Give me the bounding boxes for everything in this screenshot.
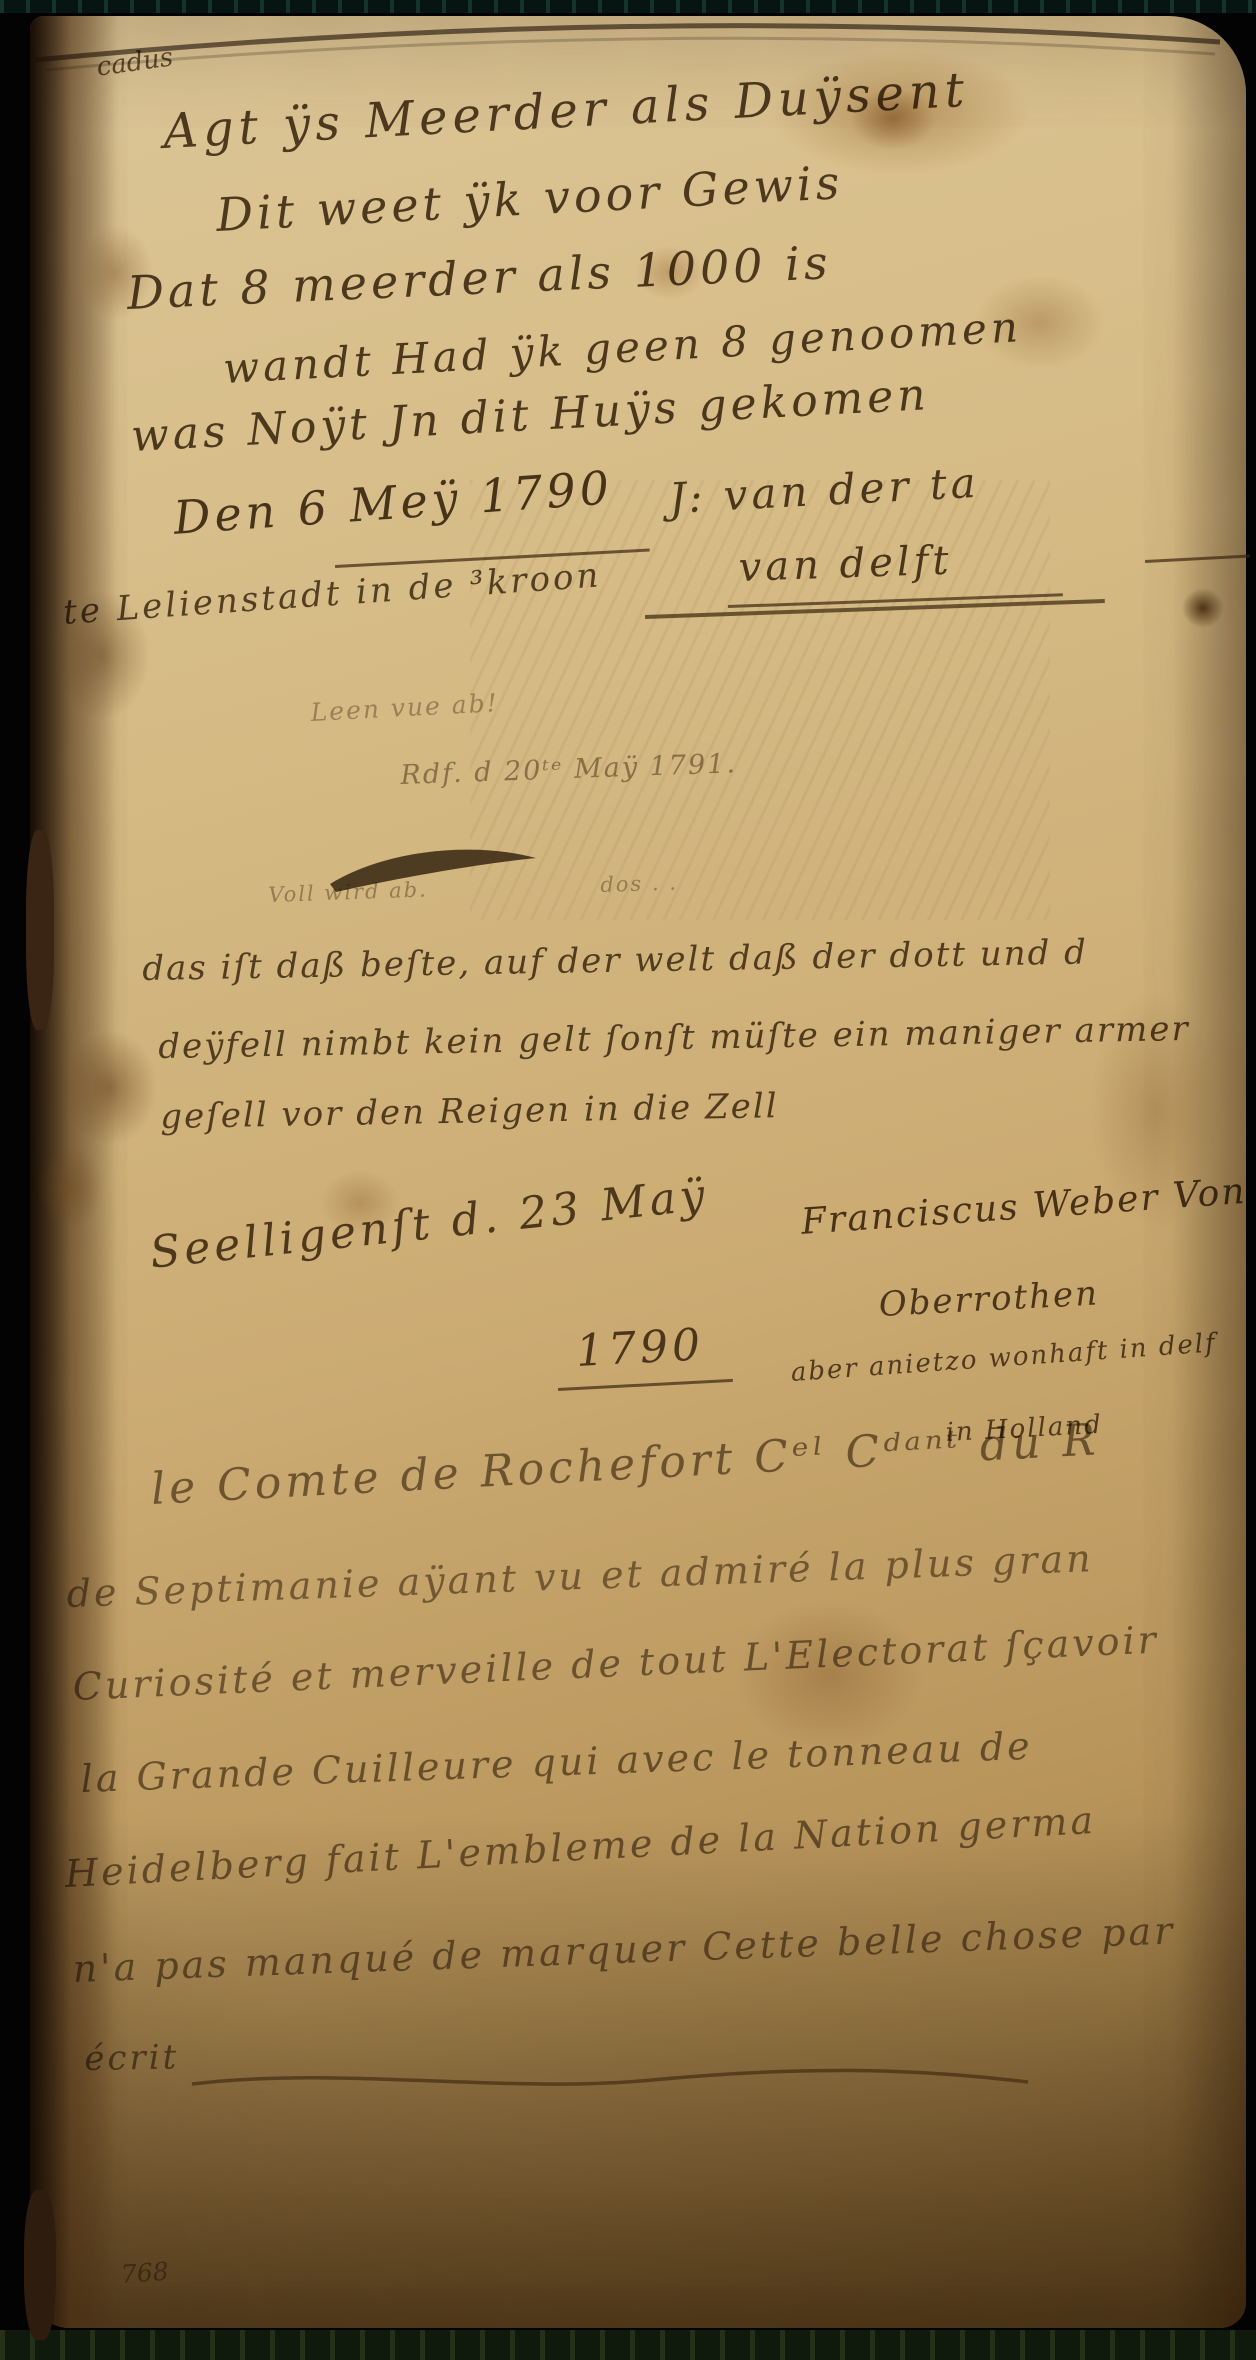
dutch-entry-signature2: van delft: [738, 541, 953, 588]
pencil-note-line: Voll wird ab.: [268, 879, 428, 906]
german-entry-year: 1790: [575, 1323, 705, 1374]
french-line: écrit: [84, 2040, 180, 2076]
spine-pages-edge: [26, 830, 54, 1030]
german-verse-line: geſell vor den Reigen in die Zell: [160, 1089, 779, 1134]
cover-edge-curve: [35, 8, 1225, 78]
weber-signature-line: Oberrothen: [878, 1276, 1100, 1321]
film-strip-bottom: [0, 2330, 1256, 2360]
folio-number: 768: [120, 2259, 169, 2287]
spine-pages-edge: [24, 2190, 56, 2340]
manuscript-photo: cadus Agt ÿs Meerder als Duÿsent Dit wee…: [0, 0, 1256, 2360]
pencil-note-line: dos . .: [600, 872, 678, 896]
wavy-flourish: [192, 2058, 1032, 2102]
